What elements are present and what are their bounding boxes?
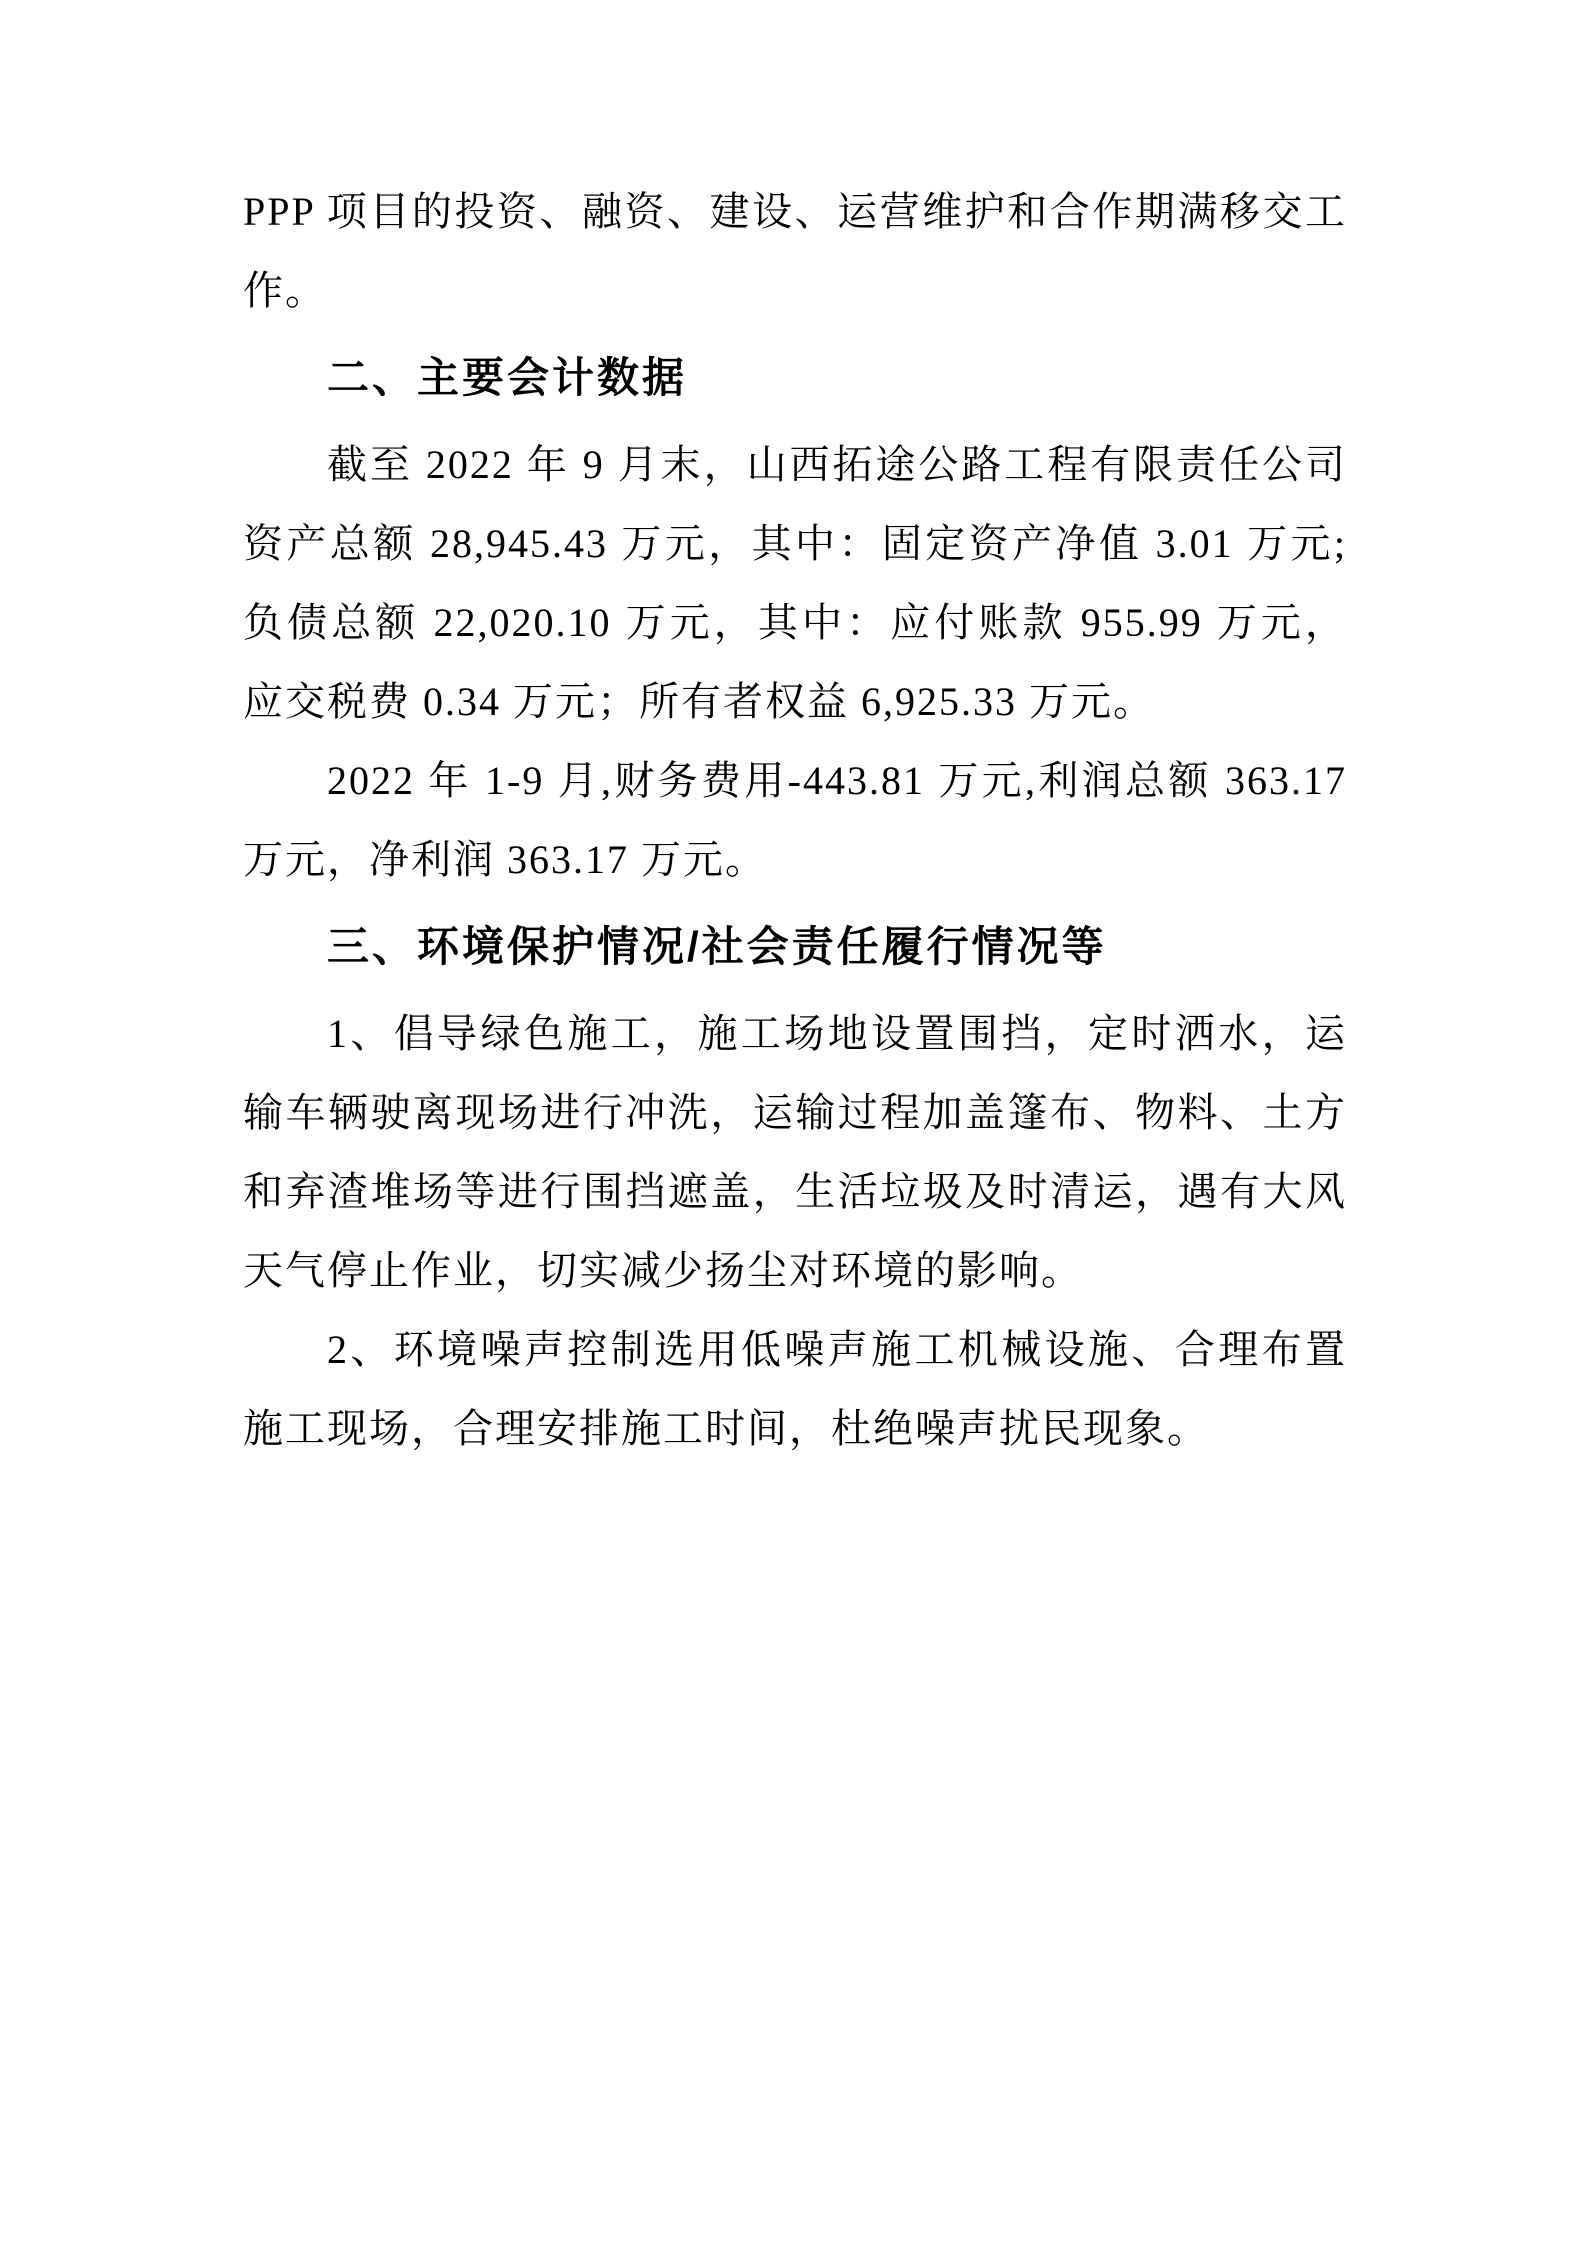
paragraph-noise-control-line-1: 2、环境噪声控制选用低噪声施工机械设施、合理布置: [243, 1310, 1347, 1389]
paragraph-green-construction-line-4: 天气停止作业，切实减少扬尘对环境的影响。: [243, 1231, 1347, 1310]
paragraph-balance-line-1: 截至 2022 年 9 月末，山西拓途公路工程有限责任公司: [243, 425, 1347, 504]
paragraph-balance-line-2: 资产总额 28,945.43 万元，其中：固定资产净值 3.01 万元;: [243, 504, 1347, 583]
paragraph-profit-line-2: 万元，净利润 363.17 万元。: [243, 820, 1347, 899]
section-heading-accounting-data: 二、主要会计数据: [243, 338, 1347, 417]
paragraph-ppp-line-1: PPP 项目的投资、融资、建设、运营维护和合作期满移交工: [243, 172, 1347, 251]
paragraph-noise-control-line-2: 施工现场，合理安排施工时间，杜绝噪声扰民现象。: [243, 1389, 1347, 1468]
section-heading-environment-responsibility: 三、环境保护情况/社会责任履行情况等: [243, 907, 1347, 986]
paragraph-green-construction-line-3: 和弃渣堆场等进行围挡遮盖，生活垃圾及时清运，遇有大风: [243, 1152, 1347, 1231]
paragraph-balance-line-3: 负债总额 22,020.10 万元，其中：应付账款 955.99 万元，: [243, 583, 1347, 662]
paragraph-green-construction-line-1: 1、倡导绿色施工，施工场地设置围挡，定时洒水，运: [243, 994, 1347, 1073]
paragraph-green-construction-line-2: 输车辆驶离现场进行冲洗，运输过程加盖篷布、物料、土方: [243, 1073, 1347, 1152]
page-content: PPP 项目的投资、融资、建设、运营维护和合作期满移交工 作。 二、主要会计数据…: [243, 172, 1347, 1468]
paragraph-balance-line-4: 应交税费 0.34 万元；所有者权益 6,925.33 万元。: [243, 662, 1347, 741]
document-page: PPP 项目的投资、融资、建设、运营维护和合作期满移交工 作。 二、主要会计数据…: [0, 0, 1587, 2245]
paragraph-ppp-line-2: 作。: [243, 251, 1347, 330]
paragraph-profit-line-1: 2022 年 1-9 月,财务费用-443.81 万元,利润总额 363.17: [243, 741, 1347, 820]
